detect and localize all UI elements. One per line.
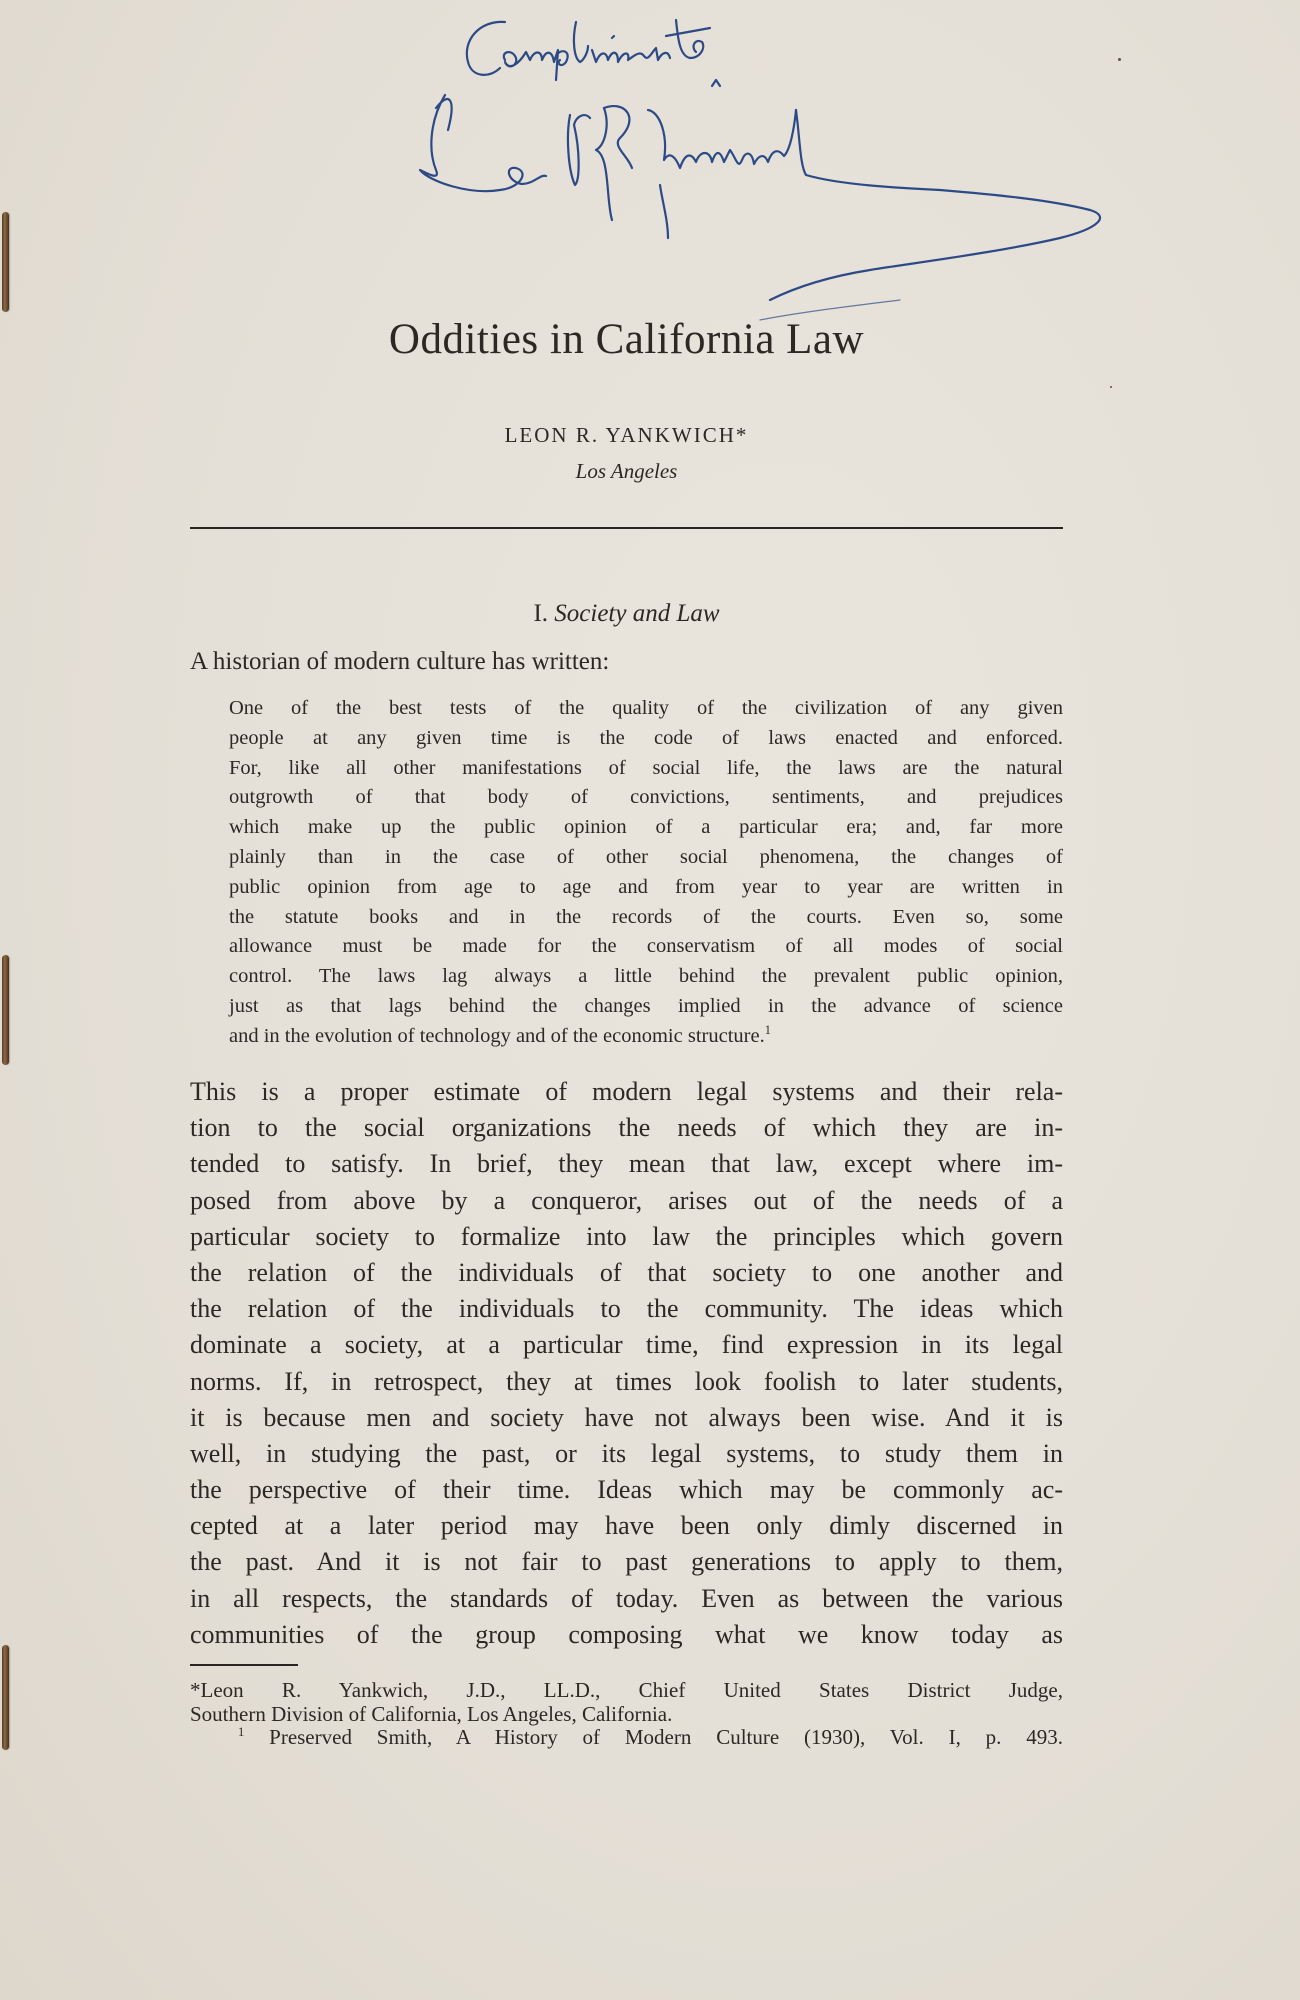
footnote-1-marker: 1 (238, 1725, 244, 1739)
title-divider (190, 527, 1063, 529)
document-page: Oddities in California Law LEON R. YANKW… (0, 0, 1300, 2000)
quote-line: just as that lags behind the changes imp… (229, 992, 1063, 1022)
footnote-marker[interactable]: 1 (765, 1023, 771, 1037)
section-title: Society and Law (554, 600, 719, 627)
quote-line: allowance must be made for the conservat… (229, 932, 1063, 962)
author-name: LEON R. YANKWICH* (190, 423, 1063, 448)
lead-sentence: A historian of modern culture has writte… (190, 648, 609, 676)
quote-line: control. The laws lag always a little be… (229, 962, 1063, 992)
body-line: well, in studying the past, or its legal… (190, 1436, 1063, 1472)
footnote-1: 1 Preserved Smith, A History of Modern C… (190, 1726, 1063, 1750)
body-line: particular society to formalize into law… (190, 1219, 1063, 1255)
author-location: Los Angeles (190, 459, 1063, 484)
body-line: the relation of the individuals of that … (190, 1255, 1063, 1291)
body-line: posed from above by a conqueror, arises … (190, 1183, 1063, 1219)
author-footnote-line: *Leon R. Yankwich, J.D., LL.D., Chief Un… (190, 1679, 1063, 1703)
body-line: it is because men and society have not a… (190, 1400, 1063, 1436)
paper-speck (1118, 58, 1121, 61)
quote-line: the statute books and in the records of … (229, 903, 1063, 933)
footnotes: *Leon R. Yankwich, J.D., LL.D., Chief Un… (190, 1679, 1063, 1750)
body-line: tion to the social organizations the nee… (190, 1110, 1063, 1146)
quote-line: public opinion from age to age and from … (229, 873, 1063, 903)
body-line: dominate a society, at a particular time… (190, 1327, 1063, 1363)
paper-speck (1110, 386, 1112, 388)
body-line: cepted at a later period may have been o… (190, 1508, 1063, 1544)
body-line: communities of the group composing what … (190, 1617, 1063, 1653)
quote-line: For, like all other manifestations of so… (229, 754, 1063, 784)
footnote-1-text: Preserved Smith, A History of Modern Cul… (269, 1725, 1063, 1749)
block-quote: One of the best tests of the quality of … (229, 694, 1063, 1052)
staple-top (2, 212, 9, 312)
quote-line-text: and in the evolution of technology and o… (229, 1025, 765, 1047)
section-number: I. (533, 600, 548, 627)
body-line: This is a proper estimate of modern lega… (190, 1074, 1063, 1110)
section-heading: I. Society and Law (190, 600, 1063, 628)
quote-line: people at any given time is the code of … (229, 724, 1063, 754)
quote-line: outgrowth of that body of convictions, s… (229, 783, 1063, 813)
body-line: the relation of the individuals to the c… (190, 1291, 1063, 1327)
quote-line: One of the best tests of the quality of … (229, 694, 1063, 724)
body-line: tended to satisfy. In brief, they mean t… (190, 1146, 1063, 1182)
footnote-divider (190, 1664, 298, 1666)
body-line: the past. And it is not fair to past gen… (190, 1544, 1063, 1580)
staple-middle (2, 955, 9, 1065)
author-footnote-line: Southern Division of California, Los Ang… (190, 1703, 1063, 1727)
quote-line-last: and in the evolution of technology and o… (229, 1022, 1063, 1052)
body-line: in all respects, the standards of today.… (190, 1581, 1063, 1617)
body-line: norms. If, in retrospect, they at times … (190, 1364, 1063, 1400)
quote-line: which make up the public opinion of a pa… (229, 813, 1063, 843)
staple-bottom (2, 1645, 9, 1750)
body-line: the perspective of their time. Ideas whi… (190, 1472, 1063, 1508)
quote-line: plainly than in the case of other social… (229, 843, 1063, 873)
article-title: Oddities in California Law (190, 315, 1063, 364)
body-paragraph: This is a proper estimate of modern lega… (190, 1074, 1063, 1653)
